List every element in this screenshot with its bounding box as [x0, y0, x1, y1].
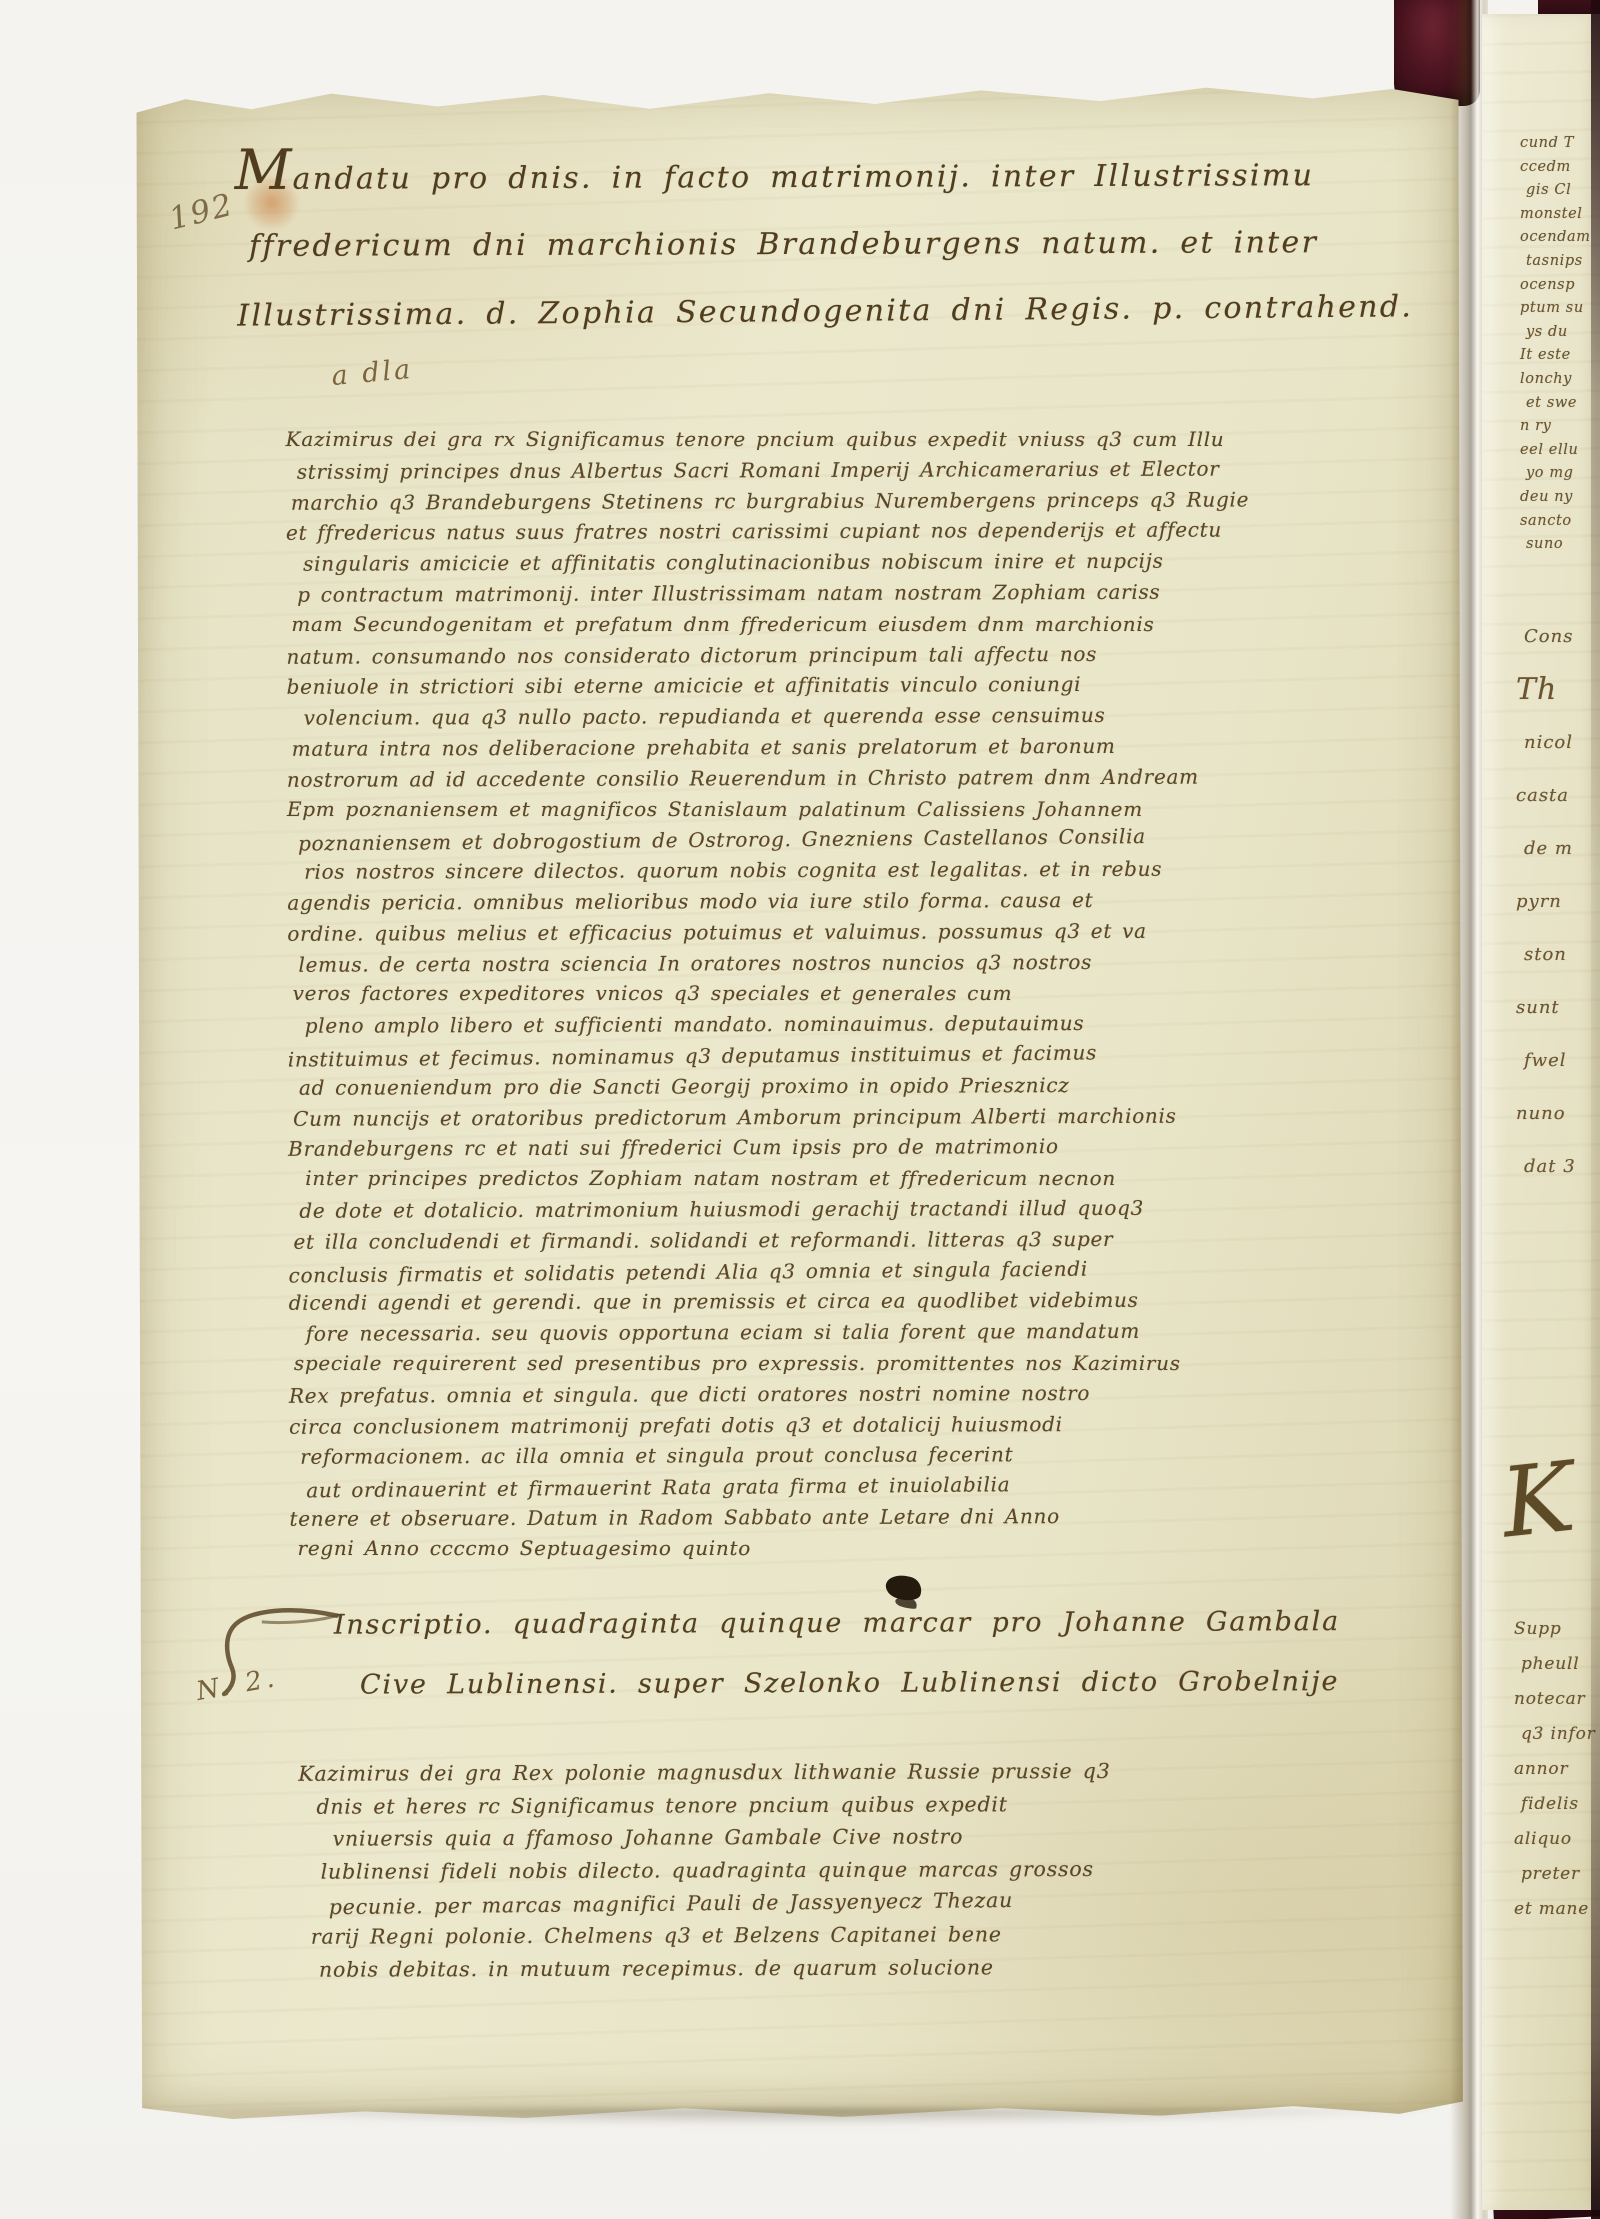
fragment-line: preter	[1521, 1857, 1596, 1892]
manuscript-photo: { "photo": { "background_color": "#f4f3f…	[0, 0, 1600, 2219]
manuscript-line: nobis debitas. in mutuum recepimus. de q…	[319, 1950, 1329, 1986]
fragment-line: aliquo	[1514, 1822, 1596, 1857]
manuscript-line: p contractum matrimonij. inter Illustris…	[297, 576, 1326, 610]
fragment-line: ys du	[1526, 321, 1591, 345]
manuscript-line: mam Secundogenitam et prefatum dnm ffred…	[291, 609, 1326, 640]
manuscript-line: vniuersis quia a ffamoso Johanne Gambale…	[333, 1819, 1329, 1855]
manuscript-line: circa conclusionem matrimonij prefati do…	[289, 1408, 1329, 1442]
manuscript-line: natum. consumando nos considerato dictor…	[286, 638, 1326, 672]
fragment-line: ocensp	[1520, 274, 1591, 298]
facing-page-fragment: cund Tccedmgis Clmonstelocendamtasnipsoc…	[1482, 14, 1600, 2210]
manuscript-line: marchio q3 Brandeburgens Stetinens rc bu…	[291, 484, 1326, 518]
manuscript-line: beniuole in strictiori sibi eterne amici…	[286, 669, 1326, 703]
manuscript-line: regni Anno ccccmo Septuagesimo quinto	[298, 1533, 1330, 1564]
entry2-paragraph: Kazimirus dei gra Rex polonie magnusdux …	[298, 1754, 1329, 1986]
fragment-line: ston	[1524, 928, 1576, 981]
manuscript-line: volencium. qua q3 nullo pacto. repudiand…	[304, 699, 1327, 733]
fragment-line: Supp	[1514, 1612, 1596, 1647]
fragment-line: n ry	[1520, 415, 1591, 439]
manuscript-line: Epm poznaniensem et magnificos Stanislau…	[287, 794, 1327, 825]
manuscript-line: tenere et obseruare. Datum in Radom Sabb…	[289, 1500, 1329, 1534]
manuscript-line: strissimj principes dnus Albertus Sacri …	[297, 453, 1326, 487]
fragment-line: deu ny	[1520, 486, 1591, 510]
fragment-column-middle: ConsThnicolcastade mpyrnstonsuntfwelnuno…	[1516, 610, 1576, 1193]
fragment-line: ccedm	[1520, 156, 1591, 180]
manuscript-line: singularis amicicie et affinitatis congl…	[303, 545, 1326, 579]
fragment-line: ocendam	[1520, 226, 1591, 250]
fragment-line: eel ellu	[1520, 439, 1591, 463]
fragment-line: lonchy	[1520, 368, 1591, 392]
manuscript-line: ordine. quibus melius et efficacius potu…	[287, 915, 1327, 949]
fragment-line: nicol	[1524, 716, 1576, 769]
manuscript-line: speciale requirerent sed presentibus pro…	[294, 1348, 1329, 1379]
manuscript-line: Cum nuncijs et oratoribus predictorum Am…	[293, 1100, 1328, 1134]
fragment-line: et mane	[1514, 1892, 1596, 1927]
manuscript-line: de dote et dotalicio. matrimonium huiusm…	[299, 1192, 1328, 1226]
fragment-line: cund T	[1520, 132, 1591, 156]
manuscript-page: 192 Mandatu pro dnis. in facto matrimoni…	[132, 86, 1465, 2121]
heading-line: Inscriptio. quadraginta quinque marcar p…	[334, 1592, 1424, 1656]
fragment-line: sunt	[1516, 981, 1576, 1034]
fragment-line: et swe	[1526, 392, 1591, 416]
manuscript-line: rarij Regni polonie. Chelmens q3 et Belz…	[311, 1917, 1329, 1953]
fragment-line: fidelis	[1521, 1787, 1596, 1822]
fragment-line: Cons	[1524, 610, 1576, 663]
fragment-line: nuno	[1516, 1087, 1576, 1140]
entry2-heading: Inscriptio. quadraginta quinque marcar p…	[334, 1592, 1424, 1716]
fragment-line: suno	[1526, 533, 1591, 557]
manuscript-line: Kazimirus dei gra Rex polonie magnusdux …	[298, 1754, 1328, 1790]
fragment-line: tasnips	[1526, 250, 1591, 274]
entry1-heading: Mandatu pro dnis. in facto matrimonij. i…	[235, 142, 1451, 347]
fragment-line: pheull	[1521, 1647, 1596, 1682]
fragment-line: yo mg	[1526, 462, 1591, 486]
binding-edge	[1591, 0, 1600, 2219]
manuscript-line: nostrorum ad id accedente consilio Reuer…	[287, 761, 1327, 795]
fragment-line: pyrn	[1516, 875, 1576, 928]
fragment-line: ptum su	[1520, 297, 1591, 321]
manuscript-line: et ffredericus natus suus fratres nostri…	[286, 515, 1326, 549]
page-shadow	[150, 2108, 1450, 2126]
fragment-line: gis Cl	[1526, 179, 1591, 203]
manuscript-line: lemus. de certa nostra sciencia In orato…	[298, 946, 1327, 980]
fragment-line: q3 infor	[1521, 1717, 1596, 1752]
fragment-column-bottom: Supppheullnotecarq3 inforannorfidelisali…	[1514, 1612, 1596, 1927]
manuscript-line: rios nostros sincere dilectos. quorum no…	[304, 853, 1327, 887]
fragment-line: It este	[1520, 344, 1591, 368]
manuscript-line: ad conueniendum pro die Sancti Georgij p…	[299, 1069, 1328, 1103]
manuscript-line: inter principes predictos Zophiam natam …	[305, 1163, 1328, 1194]
fragment-line: notecar	[1514, 1682, 1596, 1717]
margin-note-adla: a dla	[330, 354, 414, 392]
fragment-line: fwel	[1524, 1034, 1576, 1087]
fragment-column-top: cund Tccedmgis Clmonstelocendamtasnipsoc…	[1520, 132, 1591, 557]
manuscript-line: fore necessaria. seu quovis opportuna ec…	[306, 1315, 1329, 1349]
manuscript-line: Brandeburgens rc et nati sui ffrederici …	[288, 1130, 1328, 1164]
fragment-line: casta	[1516, 769, 1576, 822]
fragment-line: dat 3	[1524, 1140, 1576, 1193]
entry1-paragraph: Kazimirus dei gra rx Significamus tenore…	[286, 422, 1330, 1565]
flourished-initial: K	[1497, 1449, 1578, 1552]
fragment-line: annor	[1514, 1752, 1596, 1787]
fragment-line: Th	[1516, 663, 1576, 716]
fragment-line: sancto	[1520, 510, 1591, 534]
manuscript-line: Rex prefatus. omnia et singula. que dict…	[289, 1377, 1329, 1411]
heading-line: Cive Lublinensi. super Szelonko Lublinen…	[360, 1652, 1424, 1716]
heading-line: Illustrissima. d. Zophia Secundogenita d…	[237, 273, 1450, 350]
fragment-line: monstel	[1520, 203, 1591, 227]
fragment-line: de m	[1524, 822, 1576, 875]
folio-number: 192	[165, 187, 237, 238]
manuscript-line: agendis pericia. omnibus melioribus modo…	[287, 884, 1327, 918]
manuscript-line: matura intra nos deliberacione prehabita…	[292, 730, 1327, 764]
manuscript-line: veros factores expeditores vnicos q3 spe…	[293, 978, 1328, 1009]
manuscript-line: Kazimirus dei gra rx Significamus tenore…	[286, 424, 1326, 455]
heading-line: ffredericum dni marchionis Brandeburgens…	[249, 209, 1450, 280]
heading-line: Mandatu pro dnis. in facto matrimonij. i…	[235, 142, 1450, 213]
manuscript-line: dnis et heres rc Significamus tenore pnc…	[316, 1787, 1328, 1823]
